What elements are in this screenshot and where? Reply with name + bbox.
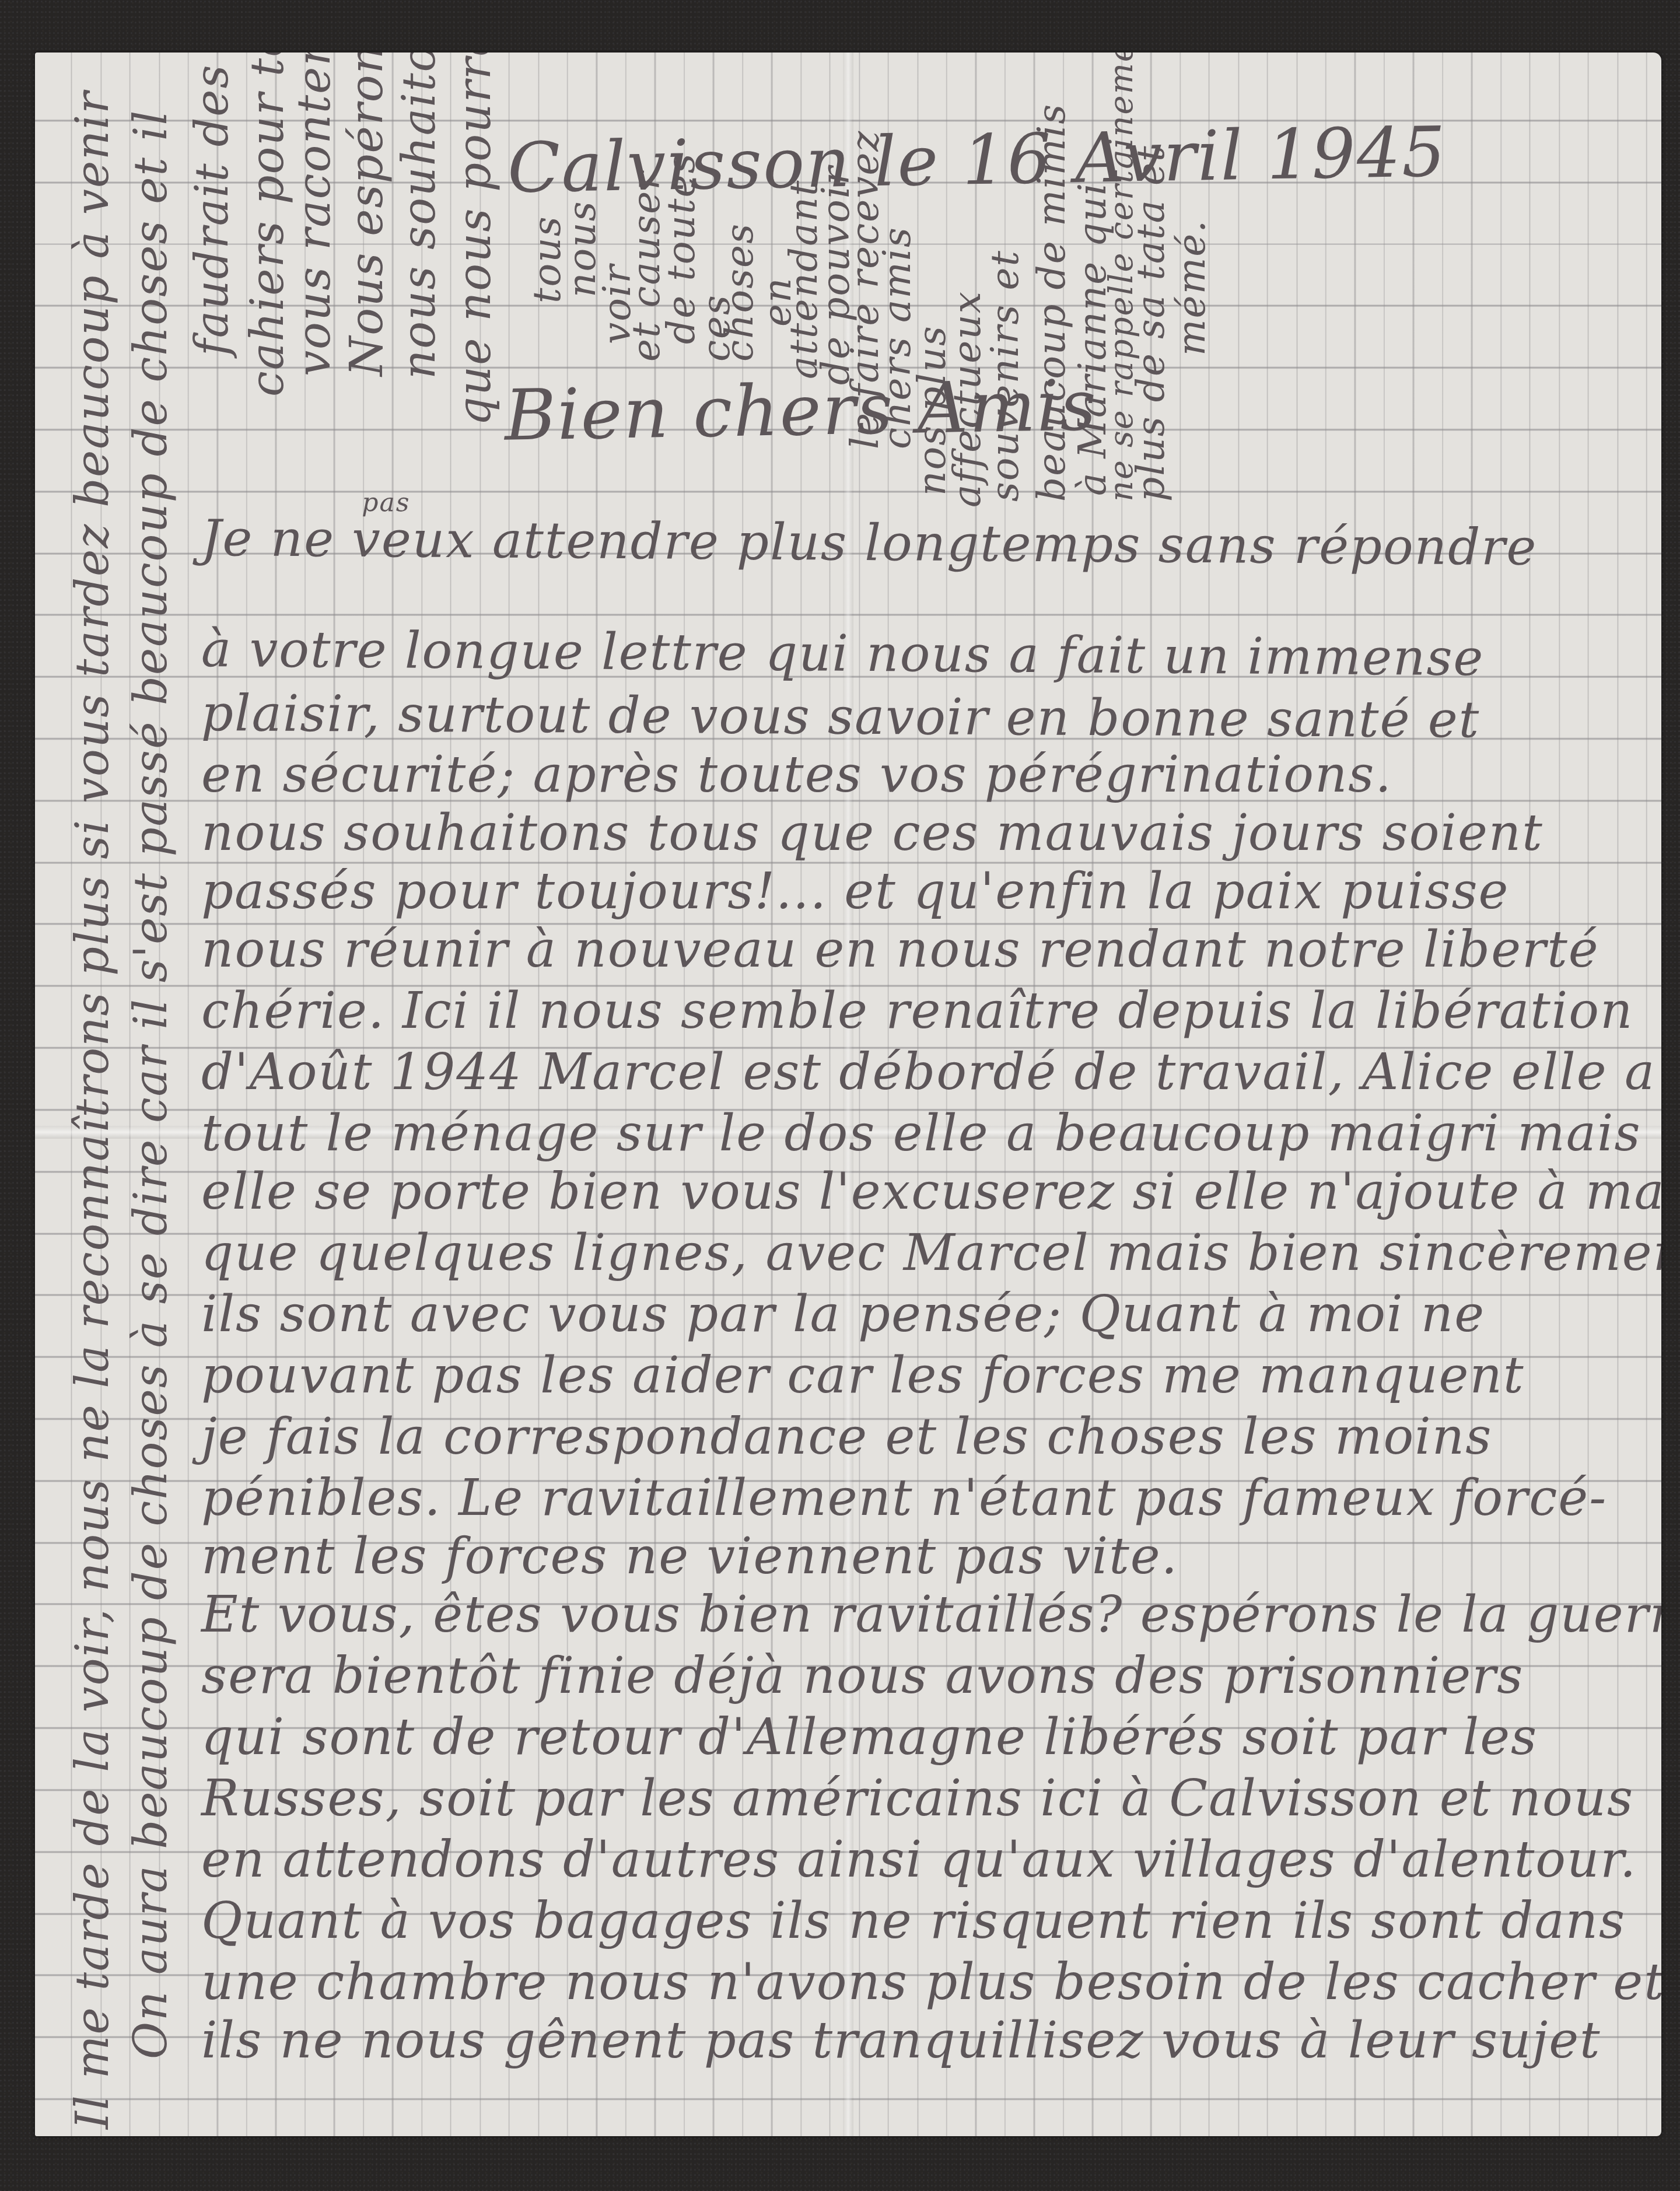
body-line: sera bientôt finie déjà nous avons des p… xyxy=(201,1651,1524,1701)
body-line-insert: pas xyxy=(362,490,410,516)
body-line: que quelques lignes, avec Marcel mais bi… xyxy=(201,1228,1661,1278)
body-line: Et vous, êtes vous bien ravitaillés? esp… xyxy=(201,1590,1661,1640)
body-line: en sécurité; après toutes vos pérégrinat… xyxy=(201,750,1392,800)
body-line: ment les forces ne viennent pas vite. xyxy=(201,1531,1178,1581)
margin-top-line-19: plus de sa tata et xyxy=(1132,145,1170,502)
body-line: à votre longue lettre qui nous a fait un… xyxy=(201,624,1485,683)
body-line: Russes, soit par les américains ici à Ca… xyxy=(201,1773,1634,1824)
body-line: nous souhaitons tous que ces mauvais jou… xyxy=(201,808,1543,858)
body-line: une chambre nous n'avons plus besoin de … xyxy=(201,1957,1661,2007)
margin-left-line-6: Nous espérons et xyxy=(344,52,390,376)
margin-left-line-2: On aura beaucoup de choses à se dire car… xyxy=(128,110,174,2060)
body-line: chérie. Ici il nous semble renaître depu… xyxy=(201,986,1633,1036)
body-line: nous réunir à nouveau en nous rendant no… xyxy=(201,925,1599,975)
margin-left-line-7: nous souhaitons xyxy=(397,52,442,379)
body-line: ils sont avec vous par la pensée; Quant … xyxy=(201,1289,1485,1339)
body-line: elle se porte bien vous l'excuserez si e… xyxy=(201,1167,1661,1217)
body-line: qui sont de retour d'Allemagne libérés s… xyxy=(201,1712,1538,1762)
margin-top-line-14: affectueux xyxy=(948,290,986,508)
margin-left-line-4: cahiers pour tout xyxy=(245,52,290,397)
body-line: tout le ménage sur le dos elle a beaucou… xyxy=(201,1108,1641,1158)
body-line: plaisir, surtout de vous savoir en bonne… xyxy=(201,688,1480,745)
margin-top-line-16: beaucoup de mimis xyxy=(1032,103,1071,502)
margin-left-line-1: Il me tarde de la voir, nous ne la recon… xyxy=(70,90,116,2129)
body-line: en attendons d'autres ainsi qu'aux villa… xyxy=(201,1835,1637,1885)
body-line: ils ne nous gênent pas tranquillisez vou… xyxy=(201,2015,1601,2066)
letter-sheet: Calvisson le 16 Avril 1945 Bien chers Am… xyxy=(35,52,1661,2136)
body-line: Quant à vos bagages ils ne risquent rien… xyxy=(201,1896,1626,1946)
body-line: pénibles. Le ravitaillement n'étant pas … xyxy=(201,1473,1607,1523)
margin-left-line-8: que nous pourrons xyxy=(452,52,498,426)
body-line: d'Août 1944 Marcel est débordé de travai… xyxy=(201,1047,1655,1097)
margin-top-line-7: choses xyxy=(720,223,759,362)
body-line: Je ne veux attendre plus longtemps sans … xyxy=(201,513,1538,573)
margin-top-line-20: mémé. xyxy=(1172,219,1211,356)
margin-top-line-15: souvenirs et xyxy=(986,250,1024,502)
margin-left-line-3: faudrait des xyxy=(190,64,235,356)
margin-left-line-5: vous raconter. xyxy=(292,52,337,376)
body-line: pouvant pas les aider car les forces me … xyxy=(201,1350,1524,1401)
body-line: passés pour toujours!... et qu'enfin la … xyxy=(201,866,1509,916)
body-line: je fais la correspondance et les choses … xyxy=(201,1412,1492,1462)
